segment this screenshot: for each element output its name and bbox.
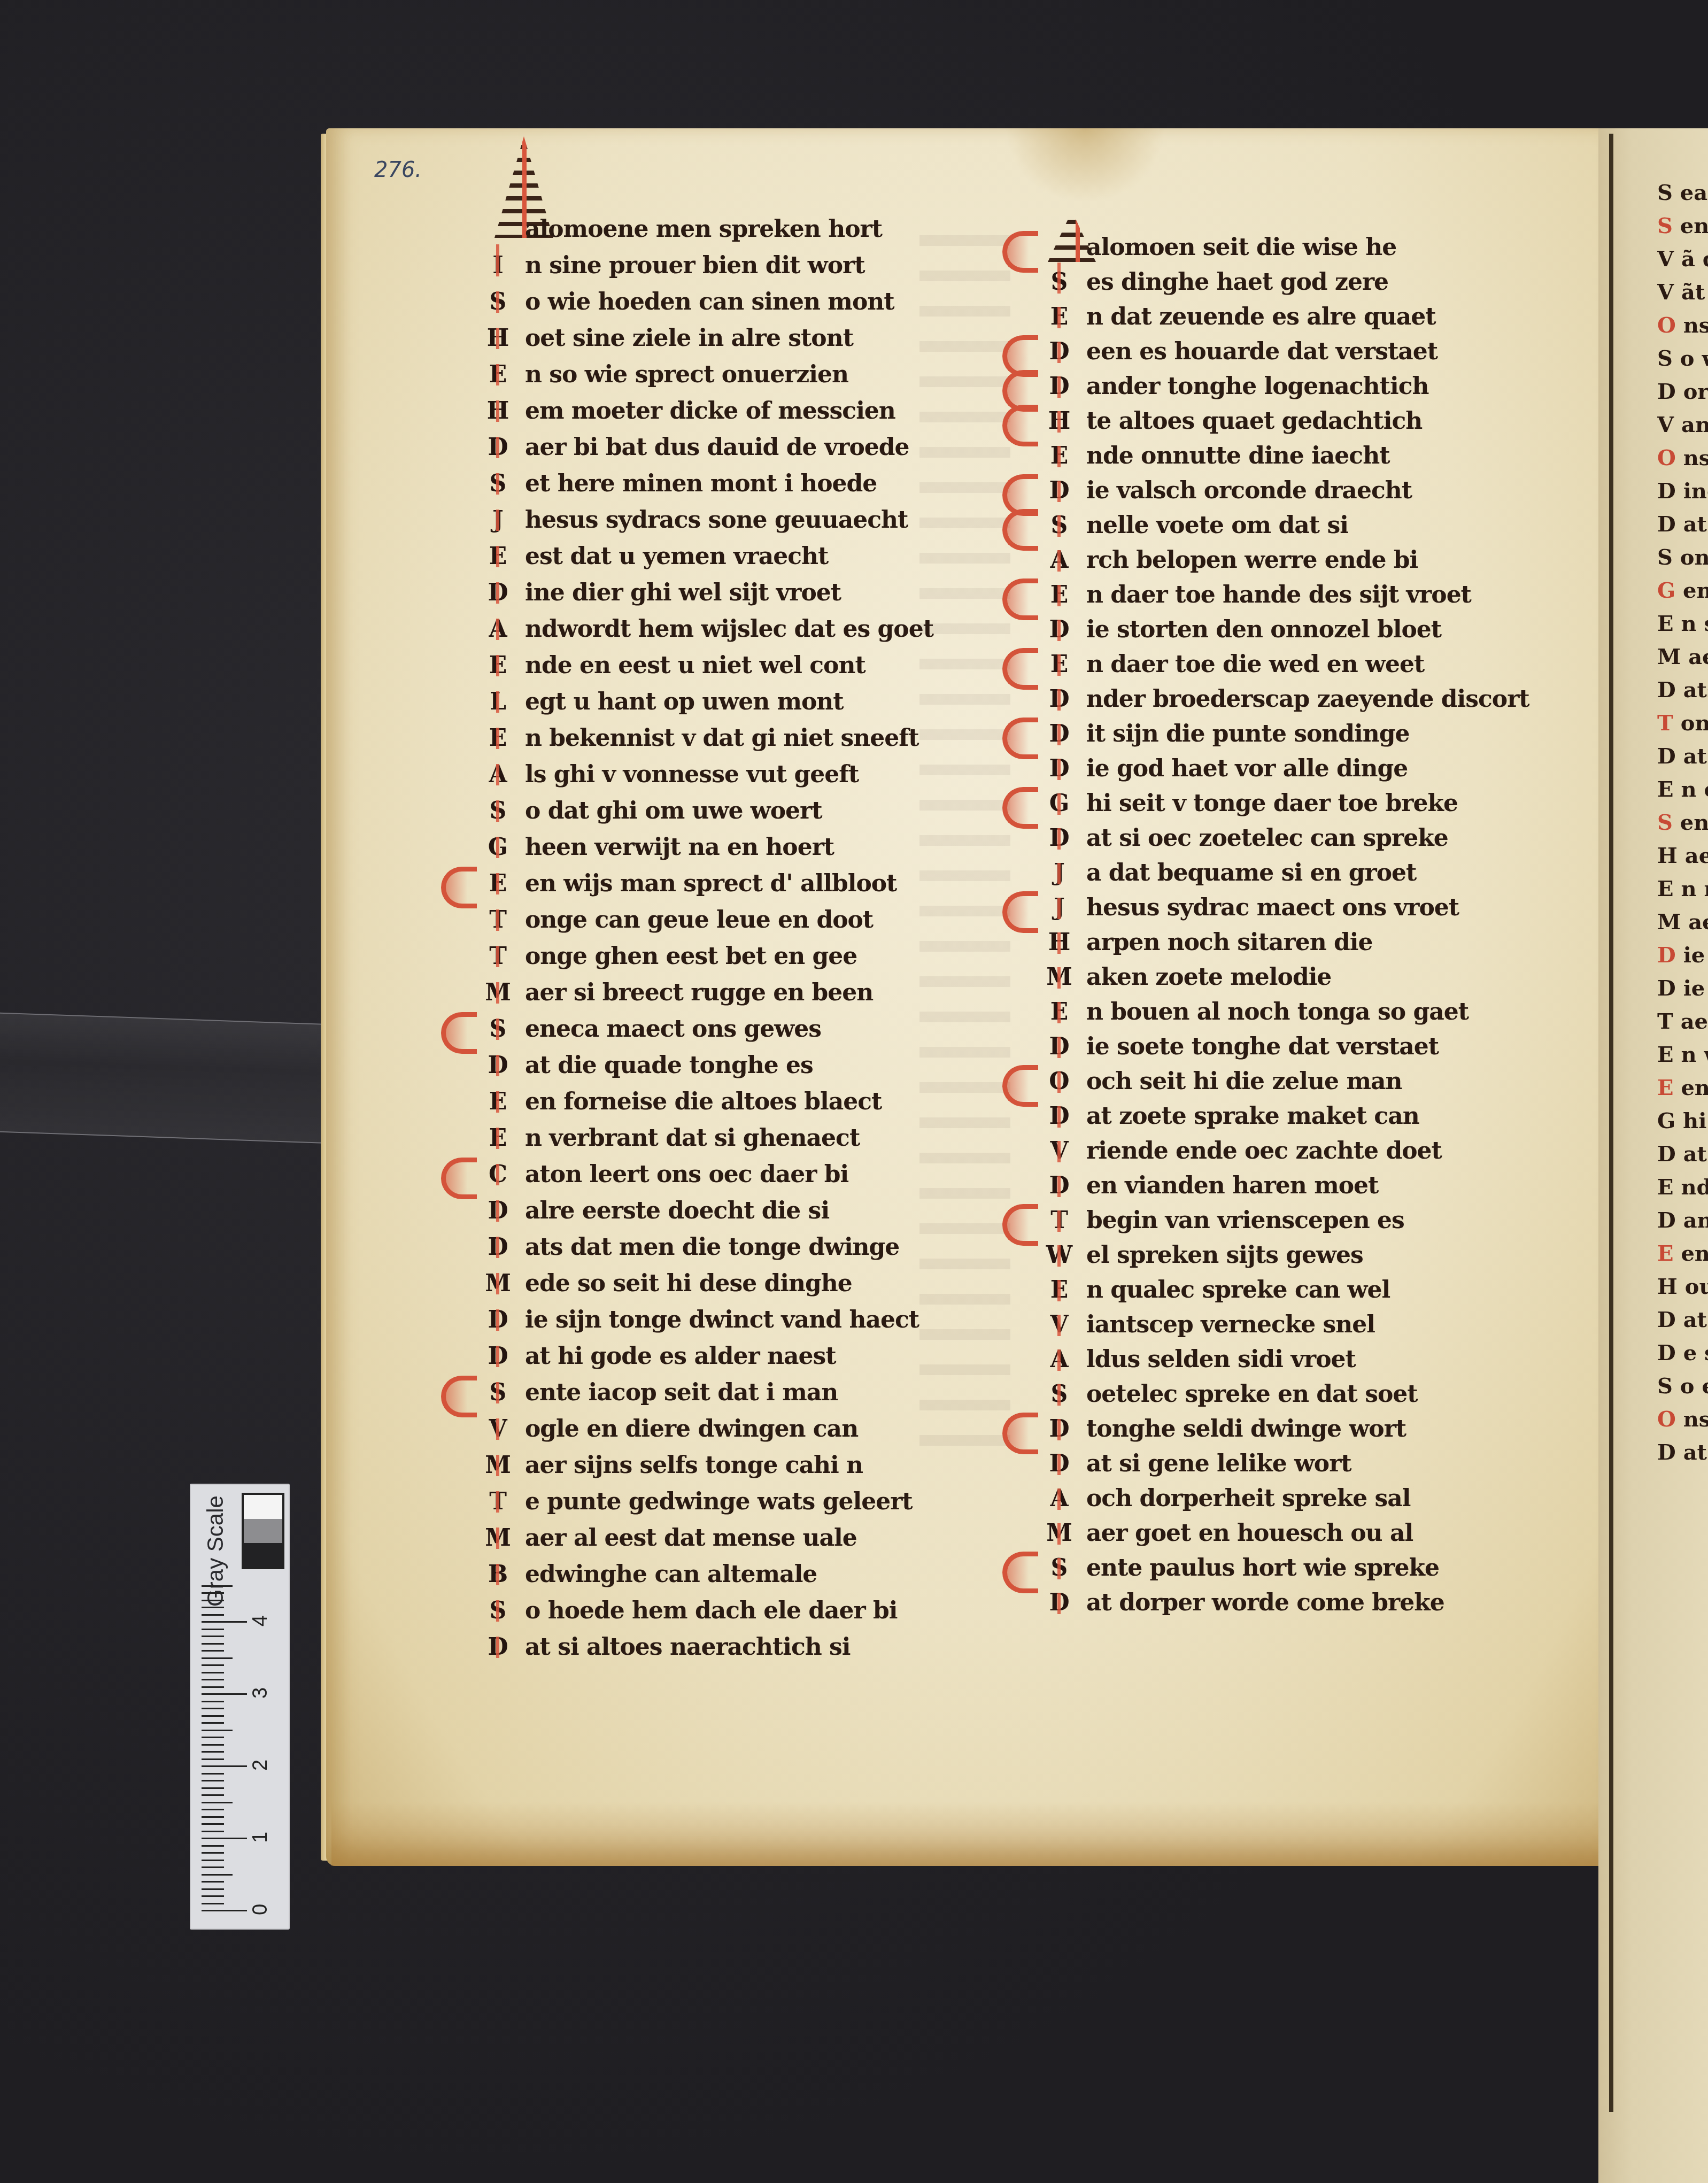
line-initial: G [1042, 786, 1076, 821]
verse-line: Daer bi bat dus dauid de vroede [481, 429, 962, 466]
line-initial: D [481, 429, 514, 466]
line-initial: A [1042, 1342, 1076, 1377]
verse-text: iantscep vernecke snel [1076, 1307, 1375, 1342]
line-initial: D [1042, 473, 1076, 508]
line-initial: E [1042, 1272, 1076, 1307]
facing-verse-line: G hi selo [1657, 1105, 1708, 1138]
line-initial: D [1042, 1585, 1076, 1620]
verse-text: ãt hi [1681, 280, 1708, 305]
facing-verse-line: M aer [1657, 906, 1708, 939]
line-initial: D [1042, 682, 1076, 716]
line-initial: S [481, 1593, 514, 1629]
verse-text: oet sine ziele in alre stont [514, 320, 853, 357]
line-initial: D [481, 1229, 514, 1266]
line-initial: E [481, 538, 514, 575]
ruler-tick [202, 1751, 224, 1753]
facing-verse-line: D at si [1657, 740, 1708, 773]
verse-line: En daer toe hande des sijt vroet [1042, 577, 1497, 612]
ruler-number: 4 [249, 1615, 272, 1626]
verse-line: Maer si breect rugge en been [481, 975, 962, 1011]
stain [1005, 128, 1165, 203]
verse-line: Vogle en diere dwingen can [481, 1411, 962, 1447]
facing-verse-line: T aete [1657, 1005, 1708, 1038]
verse-text: oue si [1685, 1274, 1708, 1299]
verse-text: alomoen seit die wise he [1076, 230, 1396, 265]
facing-verse-line: D at d [1657, 508, 1708, 541]
facing-verse-line: S oni [1657, 541, 1708, 574]
ruler-tick [202, 1636, 224, 1637]
line-initial: S [1657, 180, 1680, 205]
line-initial: T [481, 1484, 514, 1520]
verse-text: o wie [1680, 346, 1708, 371]
ruler-tick [202, 1881, 224, 1883]
verse-text: at gi [1683, 1307, 1708, 1332]
verse-line: alomoen seit die wise he [1042, 230, 1497, 265]
line-initial: D [1042, 1411, 1076, 1446]
verse-line: Hem moeter dicke of messcien [481, 393, 962, 429]
verse-line: Ses dinghe haet god zere [1042, 265, 1497, 299]
verse-line: Caton leert ons oec daer bi [481, 1156, 962, 1193]
verse-text: ls ghi v vonnesse vut geeft [514, 757, 859, 793]
ruler-tick [202, 1765, 247, 1767]
swatch-white [244, 1495, 282, 1519]
verse-line: Maer goet en houesch ou al [1042, 1516, 1497, 1551]
facing-page-text: S eamS entaV ã dorV ãt hiO ns seS o wieD… [1657, 176, 1708, 1469]
verse-line: Seneca maect ons gewes [481, 1011, 962, 1047]
verse-line: Sente iacop seit dat i man [481, 1375, 962, 1411]
facing-verse-line: E nde v [1657, 1171, 1708, 1204]
verse-line: So wie hoeden can sinen mont [481, 284, 962, 320]
verse-line: Dine dier ghi wel sijt vroet [481, 575, 962, 611]
verse-line: Te punte gedwinge wats geleert [481, 1484, 962, 1520]
line-initial: E [481, 1120, 514, 1156]
page-holder-strap [0, 1013, 347, 1145]
verse-line: En qualec spreke can wel [1042, 1272, 1497, 1307]
facing-verse-line: S o ene [1657, 1370, 1708, 1403]
line-initial: O [1657, 1407, 1683, 1432]
verse-line: Die sijn tonge dwinct vand haect [481, 1302, 962, 1338]
line-initial: G [1657, 578, 1683, 603]
verse-text: oni [1680, 545, 1708, 570]
verse-line: Arch belopen werre ende bi [1042, 543, 1497, 577]
line-initial: T [1657, 1009, 1681, 1034]
verse-text: en wijs man sprect d' allbloot [514, 866, 896, 902]
verse-text: en forneise die altoes blaect [514, 1084, 882, 1120]
ruler-tick [202, 1903, 224, 1904]
verse-line: Gheen verwijt na en hoert [481, 829, 962, 866]
verse-text: ander tonghe logenachtich [1076, 369, 1428, 404]
line-initial: D [481, 1047, 514, 1084]
line-initial: D [481, 1302, 514, 1338]
verse-line: Vriende ende oec zachte doet [1042, 1133, 1497, 1168]
verse-text: orper [1683, 379, 1708, 404]
verse-text: en vianden haren moet [1076, 1168, 1378, 1203]
ruler-tick [202, 1780, 224, 1781]
verse-text: nelle voete om dat si [1076, 508, 1348, 543]
verse-line: Maken zoete melodie [1042, 960, 1497, 994]
ruler-tick [202, 1895, 224, 1897]
facing-verse-line: M aer [1657, 641, 1708, 674]
verse-line: Dat die quade tonghe es [481, 1047, 962, 1084]
verse-text: enta [1680, 213, 1708, 238]
verse-text: heen verwijt na en hoert [514, 829, 834, 866]
verse-text: n so wie sprect onuerzien [514, 357, 848, 393]
verse-line: En dat zeuende es alre quaet [1042, 299, 1497, 334]
facing-verse-line: O ns se [1657, 309, 1708, 342]
verse-text: est dat u yemen vraecht [514, 538, 828, 575]
line-initial: E [1042, 438, 1076, 473]
verse-line: Deen es houarde dat verstaet [1042, 334, 1497, 369]
verse-line: Dit sijn die punte sondinge [1042, 716, 1497, 751]
verse-line: Ende onnutte dine iaecht [1042, 438, 1497, 473]
ruler-tick [202, 1585, 233, 1587]
ruler-tick [202, 1629, 224, 1630]
verse-text: ie soete tonghe dat verstaet [1076, 1029, 1439, 1064]
verse-text: n bouen al noch tonga so gaet [1076, 994, 1469, 1029]
verse-line: Dat zoete sprake maket can [1042, 1099, 1497, 1133]
verse-text: aer [1688, 909, 1708, 935]
ruler-tick [202, 1715, 224, 1717]
line-initial: D [1657, 1208, 1683, 1233]
line-initial: S [1042, 1377, 1076, 1411]
line-initial: W [1042, 1238, 1076, 1272]
line-initial: S [1042, 265, 1076, 299]
ruler-tick [202, 1693, 247, 1695]
verse-text: ã dor [1681, 246, 1708, 272]
verse-line: In sine prouer bien dit wort [481, 248, 962, 284]
verse-line: Soetelec spreke en dat soet [1042, 1377, 1497, 1411]
verse-line: Dalre eerste doecht die si [481, 1193, 962, 1229]
verse-line: Die god haet vor alle dinge [1042, 751, 1497, 786]
ruler-tick [202, 1823, 224, 1825]
line-initial: S [1042, 1551, 1076, 1585]
line-initial: D [481, 1338, 514, 1375]
verse-text: ente iacop seit dat i man [514, 1375, 838, 1411]
line-initial: M [481, 975, 514, 1011]
verse-text: ats e [1683, 677, 1708, 703]
verse-text: ogle en diere dwingen can [514, 1411, 858, 1447]
line-initial: V [1657, 412, 1681, 437]
verse-text: o wie hoeden can sinen mont [514, 284, 894, 320]
verse-text: el spreken sijts gewes [1076, 1238, 1363, 1272]
verse-line: Sente paulus hort wie spreke [1042, 1551, 1497, 1585]
verse-text: e sele [1683, 1340, 1708, 1366]
verse-line: Tonge ghen eest bet en gee [481, 938, 962, 975]
verse-text: alomoene men spreken hort [514, 211, 882, 248]
left-text-column: alomoene men spreken hortIn sine prouer … [481, 211, 962, 1665]
verse-line: Die valsch orconde draecht [1042, 473, 1497, 508]
verse-text: n wel [1681, 1042, 1708, 1067]
swatch-gray [244, 1519, 282, 1543]
line-initial: M [1042, 1516, 1076, 1551]
verse-text: hi seit v tonge daer toe breke [1076, 786, 1458, 821]
line-initial: D [1657, 943, 1683, 968]
line-initial: D [1657, 1141, 1683, 1167]
line-initial: D [1042, 821, 1076, 855]
verse-text: rch belopen werre ende bi [1076, 543, 1418, 577]
facing-verse-line: D ie ca [1657, 972, 1708, 1005]
facing-verse-line: H oue si [1657, 1270, 1708, 1303]
verse-text: at es [1683, 1440, 1708, 1465]
ruler-number: 2 [249, 1760, 272, 1771]
line-initial: D [1042, 1168, 1076, 1203]
line-initial: E [1657, 876, 1681, 901]
ruler-tick [202, 1730, 233, 1731]
verse-line: Ende en eest u niet wel cont [481, 647, 962, 684]
verse-text: ns se [1683, 313, 1708, 338]
line-initial: I [481, 248, 514, 284]
verse-line: En bekennist v dat gi niet sneeft [481, 720, 962, 757]
line-initial: M [481, 1447, 514, 1484]
ruler-tick [202, 1809, 224, 1810]
verse-text: ats dat men die tonge dwinge [514, 1229, 899, 1266]
verse-text: at hi gode es alder naest [514, 1338, 836, 1375]
line-initial: S [481, 466, 514, 502]
ruler-tick [202, 1708, 224, 1709]
line-initial: D [481, 1193, 514, 1229]
line-initial: D [1042, 1446, 1076, 1481]
line-initial: S [1657, 545, 1680, 570]
verse-text: at dorper worde come breke [1076, 1585, 1444, 1620]
verse-text: o hoede hem dach ele daer bi [514, 1593, 898, 1629]
verse-text: n verbrant dat si ghenaect [514, 1120, 860, 1156]
verse-line: Aoch dorperheit spreke sal [1042, 1481, 1497, 1516]
facing-verse-line: V ãt hi [1657, 276, 1708, 309]
line-initial: E [481, 720, 514, 757]
facing-verse-line: T ong [1657, 707, 1708, 740]
ruler-tick [202, 1614, 224, 1616]
ruler-tick [202, 1852, 224, 1854]
verse-text: at si [1683, 744, 1708, 769]
line-initial: J [481, 502, 514, 538]
line-initial: T [481, 938, 514, 975]
line-initial: S [1657, 213, 1680, 238]
ruler-tick [202, 1643, 224, 1645]
verse-text: n daer toe die wed en weet [1076, 647, 1424, 682]
line-initial: O [1657, 313, 1683, 338]
ruler-number: 0 [249, 1904, 272, 1915]
verse-text: at d [1683, 512, 1708, 537]
verse-text: tonghe seldi dwinge wort [1076, 1411, 1406, 1446]
verse-line: Set here minen mont i hoede [481, 466, 962, 502]
verse-text: ie w [1683, 943, 1708, 968]
ruler-tick [202, 1845, 224, 1847]
line-initial: G [481, 829, 514, 866]
verse-line: Maer al eest dat mense uale [481, 1520, 962, 1556]
verse-text: an v [1683, 1208, 1708, 1233]
line-initial: V [1042, 1133, 1076, 1168]
facing-verse-line: E n wel [1657, 1038, 1708, 1071]
verse-line: Dat hi gode es alder naest [481, 1338, 962, 1375]
line-initial: S [481, 284, 514, 320]
verse-text: o dat ghi om uwe woert [514, 793, 822, 829]
ruler-tick [202, 1672, 224, 1673]
line-initial: T [1657, 711, 1681, 736]
line-initial: V [481, 1411, 514, 1447]
verse-line: Een wijs man sprect d' allbloot [481, 866, 962, 902]
verse-text: n ca [1681, 777, 1708, 802]
verse-line: En so wie sprect onuerzien [481, 357, 962, 393]
ruler-tick [202, 1838, 247, 1839]
gray-scale-swatches [242, 1493, 284, 1569]
line-initial: A [1042, 1481, 1076, 1516]
verse-text: ie god haet vor alle dinge [1076, 751, 1408, 786]
line-initial: S [481, 1011, 514, 1047]
line-initial: M [1657, 644, 1688, 669]
facing-verse-line: E n me [1657, 873, 1708, 906]
line-initial: H [1042, 925, 1076, 960]
line-initial: D [1042, 612, 1076, 647]
verse-line: Dat si gene lelike wort [1042, 1446, 1497, 1481]
line-initial: J [1042, 890, 1076, 925]
line-initial: V [1657, 246, 1681, 272]
facing-verse-line: S eam [1657, 176, 1708, 210]
verse-line: Die soete tonghe dat verstaet [1042, 1029, 1497, 1064]
ruler-tick [202, 1592, 224, 1594]
verse-text: en phil [1681, 1075, 1708, 1100]
verse-text: n dat zeuende es alre quaet [1076, 299, 1436, 334]
ruler-tick [202, 1910, 247, 1911]
line-initial: E [1657, 1075, 1681, 1100]
ruler-tick [202, 1874, 233, 1876]
verse-line: Jhesus sydracs sone geuuaecht [481, 502, 962, 538]
verse-line: Dander tonghe logenachtich [1042, 369, 1497, 404]
verse-text: at si oec zoetelec can spreke [1076, 821, 1448, 855]
ruler-tick [202, 1773, 224, 1775]
line-initial: A [1042, 543, 1076, 577]
verse-text: och seit hi die zelue man [1076, 1064, 1402, 1099]
verse-text: aete [1681, 1009, 1708, 1034]
verse-line: Ooch seit hi die zelue man [1042, 1064, 1497, 1099]
ruler-tick [202, 1621, 247, 1623]
verse-line: So hoede hem dach ele daer bi [481, 1593, 962, 1629]
line-initial: E [1657, 1042, 1681, 1067]
facing-verse-line: S ente [1657, 806, 1708, 839]
line-initial: D [1657, 379, 1683, 404]
verse-text: nde en eest u niet wel cont [514, 647, 865, 684]
verse-text: aer al eest dat mense uale [514, 1520, 857, 1556]
line-initial: E [481, 1084, 514, 1120]
line-initial: E [1042, 299, 1076, 334]
verse-line: Dtonghe seldi dwinge wort [1042, 1411, 1497, 1446]
line-initial: L [481, 684, 514, 720]
verse-text: onge ghen eest bet en gee [514, 938, 857, 975]
verse-text: eneca maect ons gewes [514, 1011, 821, 1047]
facing-page-gutter [1609, 134, 1613, 2112]
line-initial: B [481, 1556, 514, 1593]
ruler-tick [202, 1679, 224, 1680]
verse-text: nder broederscap zaeyende discort [1076, 682, 1529, 716]
line-initial: A [481, 757, 514, 793]
verse-line: Viantscep vernecke snel [1042, 1307, 1497, 1342]
line-initial: D [1657, 744, 1683, 769]
facing-verse-line: D at si e [1657, 1138, 1708, 1171]
verse-text: aeck [1685, 843, 1708, 868]
facing-verse-line: O ns [1657, 1403, 1708, 1436]
line-initial: M [1657, 909, 1688, 935]
line-initial: D [1042, 369, 1076, 404]
verse-text: ine [1683, 479, 1708, 504]
verse-text: hesus sydrac maect ons vroet [1076, 890, 1459, 925]
verse-text: a dat bequame si en groet [1076, 855, 1416, 890]
ruler-tick [202, 1802, 233, 1803]
line-initial: D [1657, 479, 1683, 504]
ruler-tick [202, 1888, 224, 1890]
facing-verse-line: O ns so [1657, 442, 1708, 475]
facing-verse-line: E n ca [1657, 773, 1708, 806]
facing-verse-line: D orper [1657, 375, 1708, 408]
ruler-number: 1 [249, 1832, 272, 1843]
verse-text: et here minen mont i hoede [514, 466, 877, 502]
verse-line: Dat si altoes naerachtich si [481, 1629, 962, 1665]
facing-verse-line: D ats e [1657, 674, 1708, 707]
ruler-tick [202, 1831, 224, 1832]
line-initial: O [1042, 1064, 1076, 1099]
line-initial: T [481, 902, 514, 938]
verse-text: ie sijn tonge dwinct vand haect [514, 1302, 919, 1338]
verse-line: Ja dat bequame si en groet [1042, 855, 1497, 890]
verse-text: en [1683, 578, 1708, 603]
ruler-tick [202, 1664, 224, 1666]
line-initial: D [1657, 976, 1683, 1001]
line-initial: H [1657, 843, 1685, 868]
verse-line: Als ghi v vonnesse vut geeft [481, 757, 962, 793]
verse-text: edwinghe can altemale [514, 1556, 817, 1593]
verse-text: aer si breect rugge en been [514, 975, 873, 1011]
swatch-black [244, 1543, 282, 1567]
line-initial: E [1657, 611, 1681, 636]
line-initial: V [1042, 1307, 1076, 1342]
ruler-tick [202, 1866, 224, 1868]
verse-text: ndwordt hem wijslec dat es goet [514, 611, 933, 647]
verse-text: em moeter dicke of messcien [514, 393, 895, 429]
line-initial: S [1657, 346, 1680, 371]
line-initial: S [481, 1375, 514, 1411]
verse-line: So dat ghi om uwe woert [481, 793, 962, 829]
line-initial: M [481, 1520, 514, 1556]
line-initial: D [1657, 512, 1683, 537]
line-initial: J [1042, 855, 1076, 890]
line-initial: H [481, 393, 514, 429]
facing-verse-line: D ie w [1657, 939, 1708, 972]
line-initial: D [481, 1629, 514, 1665]
verse-line: En daer toe die wed en weet [1042, 647, 1497, 682]
ruler-tick [202, 1657, 233, 1659]
line-initial: E [1042, 994, 1076, 1029]
line-initial: H [481, 320, 514, 357]
water-stain [331, 1802, 1614, 1866]
verse-text: och dorperheit spreke sal [1076, 1481, 1411, 1516]
ruler-tick [202, 1722, 224, 1724]
line-initial: D [1657, 1340, 1683, 1366]
line-initial: C [481, 1156, 514, 1193]
ruler: 01234 [202, 1578, 260, 1926]
right-text-column: alomoen seit die wise heSes dinghe haet … [1042, 230, 1497, 1620]
verse-line: Snelle voete om dat si [1042, 508, 1497, 543]
line-initial: E [1657, 1175, 1681, 1200]
verse-text: alre eerste doecht die si [514, 1193, 829, 1229]
verse-text: at si altoes naerachtich si [514, 1629, 851, 1665]
line-initial: D [1657, 677, 1683, 703]
verse-text: ns so [1683, 445, 1708, 470]
verse-line: En verbrant dat si ghenaect [481, 1120, 962, 1156]
verse-line: Dnder broederscap zaeyende discort [1042, 682, 1497, 716]
line-initial: G [1657, 1108, 1683, 1133]
verse-line: Maer sijns selfs tonge cahi n [481, 1447, 962, 1484]
line-initial: E [1042, 577, 1076, 612]
facing-verse-line: S enta [1657, 210, 1708, 243]
verse-line: Wel spreken sijts gewes [1042, 1238, 1497, 1272]
